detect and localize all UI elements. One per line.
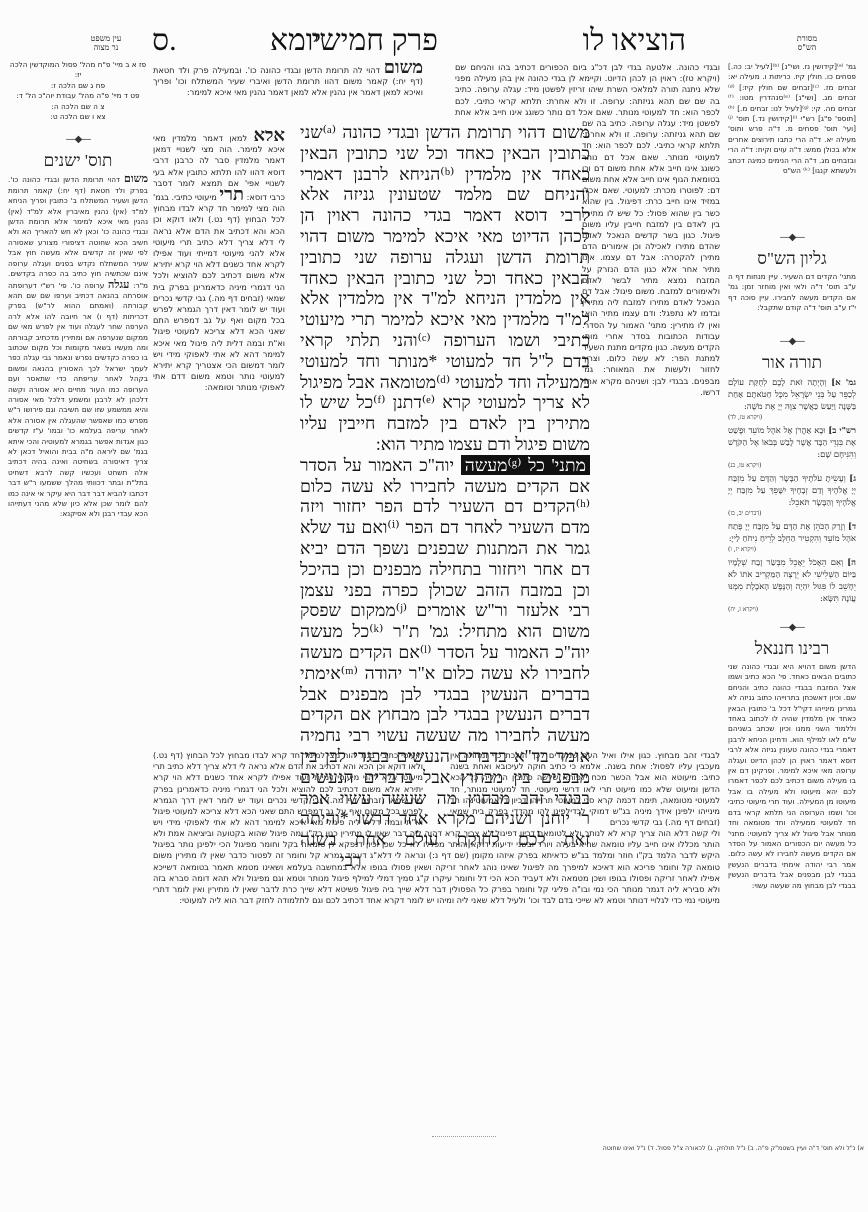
verse-ref: (דברים יב, כז)	[728, 508, 856, 520]
ein-mishpat-line1: עין משפט	[80, 34, 132, 43]
tosafot-yeshanim-text: משום דהוי תרומת הדשן ובגדי כהונה כו'. בפ…	[8, 174, 148, 1094]
ein-mishpat-entry: פח ג שם הלכה ז:	[8, 81, 148, 91]
torah-or-title: תורה אור	[728, 352, 856, 374]
gilyon-hashas-text: מתני' הקדים דם השעיר. עיין מנחות דף ה ע"…	[728, 272, 856, 336]
gemara-line: ⁽ʰ⁾הקדים דם השעיר לדם הפר יחזור ויזה	[300, 496, 590, 517]
divider-ornament-icon: —◆—	[728, 336, 856, 348]
footnotes: א) נ"ל ולא תוס' ד"ה ועיין בשטמ"ק פ"ה. ב)…	[280, 1144, 864, 1156]
verse-text: וְעָשִׂיתָ עֹלֹתֶיךָ הַבָּשָׂר וְהַדָּם …	[728, 473, 856, 507]
rabbeinu-chananel-title: רבינו חננאל	[728, 638, 856, 660]
mishnah-start-line: מתני' כל ⁽ᵍ⁾מעשה יוה"כ האמור על הסדר	[300, 455, 590, 476]
verse-ref: (ויקרא טז, לד)	[728, 412, 856, 424]
torah-or-entry: ג] וְעָשִׂיתָ עֹלֹתֶיךָ הַבָּשָׂר וְהַדָ…	[728, 472, 856, 520]
tosafot-text: מיעוטי כתיבי. בגמ' הוה מצי למימר חד קרא …	[153, 750, 423, 826]
tosafot-yeshanim-body: ערופה כו'. פי' רש"י דערופתה אוסרתה בהנאה…	[8, 281, 148, 519]
masoret-hashas-label: מסורת הש"ס	[782, 34, 832, 52]
gemara-line: לא צריך למעוטי קרא ⁽ᵉ⁾דתנן ⁽ᶠ⁾כל שיש לו	[300, 392, 590, 413]
torah-or-entry: רש"י ב] וּבָא אַהֲרֹן אֶל אֹהֶל מוֹעֵד ו…	[728, 424, 856, 472]
ein-mishpat-entry: פז א ב מיי' פ"ח מהל' פסול המוקדשין הלכה …	[8, 60, 148, 81]
gemara-line: משום דהוי תרומת הדשן ובגדי כהונה ⁽ᵃ⁾שני	[300, 122, 590, 143]
divider-ornament-icon: —◆—	[8, 134, 148, 146]
gemara-line: מעשה לחבירו מה שעשה עשוי רבי נחמיה	[300, 725, 590, 746]
ein-mishpat-label: עין משפט נר מצוה	[80, 34, 132, 52]
gemara-line: בדם ל"ל חד למעוטי *מנותר וחד למעוטי	[300, 351, 590, 372]
gemara-line: לרבי דוסא דאמר בגדי כהונה ראוין הן	[300, 205, 590, 226]
torah-or-list: גמ' א] וְהָיְתָה זֹּאת לָכֶם לְחֻקַּת עו…	[728, 376, 856, 616]
footer-divider	[432, 1136, 496, 1137]
tosafot-yeshanim-dibbur-hamatchil: משום	[124, 174, 148, 185]
gilyon-hashas-title: גליון הש"ס	[728, 248, 856, 270]
ein-mishpat-entry: צ ה שם הלכה ה:	[8, 102, 148, 112]
gemara-line: כתיבי ושמו הערופה ⁽ᶜ⁾והני תלתי קראי	[300, 330, 590, 351]
gemara-line: רבי אלעזר ור"ש אומרים ⁽ʲ⁾ממקום שפסק	[300, 600, 590, 621]
gemara-line: משום הוא מתחיל: גמ' ת"ר ⁽ᵏ⁾כל מעשה	[300, 621, 590, 642]
gemara-line: ממעילה וחד למעוטי ⁽ᵈ⁾מטומאה אבל מפיגול	[300, 372, 590, 393]
gemara-line: מדם השעיר לאחר דם הפר ⁽ⁱ⁾ואם עד שלא	[300, 517, 590, 538]
verse-text: וְאִם הֵאָכֹל יֵאָכֵל מִבְּשַׂר זֶבַח שְ…	[728, 557, 856, 603]
rashi-commentary-top: ובגדי כהונה. אלטעה בגדי לבן דכ"ג ביום הכ…	[455, 62, 720, 118]
gemara-line: כאחד אין מלמדין ⁽ᵇ⁾הניחא לרבנן דאמרי	[300, 164, 590, 185]
gemara-line: אם הקדים מעשה לחבירו לא עשה כלום	[300, 476, 590, 497]
masoret-hashas-text: גמ' ⁽ᵃ⁾[קידושין נז. ושי"נ] ⁽ᵇ⁾[לעיל יב: …	[728, 62, 856, 232]
tractate-name: יומא	[270, 24, 321, 58]
divider-ornament-icon: —◆—	[728, 232, 856, 244]
entry-label: גמ' א]	[831, 377, 856, 387]
tosafot-yeshanim-title: תוס' ישנים	[8, 150, 148, 172]
gemara-line: משום פיגול ודם עצמו מתיר הוא:	[300, 434, 590, 455]
tosafot-text: מיעוטי כתיבי. בגמ' הוה מצי למימר חד קרא …	[153, 192, 285, 392]
entry-label: ד]	[848, 521, 856, 531]
torah-or-entry: ה] וְאִם הֵאָכֹל יֵאָכֵל מִבְּשַׂר זֶבַח…	[728, 556, 856, 616]
chapter-title: הוציאו לו	[583, 24, 686, 58]
tosafot-yeshanim-body: דהוי תרומת הדשן ובגדי כהונה כו'. בפרק ול…	[8, 175, 148, 289]
rabbeinu-chananel-text: הדשן משום דהויא היא ובגדי כהונה שני כתוב…	[728, 662, 856, 1042]
torah-or-entry: ד] וְזָרַק הַכֹּהֵן אֶת הַדָּם עַל מִזְב…	[728, 520, 856, 556]
rashi-commentary: ובגדי כהונה. אלטעה בגדי לבן דכ"ג ביום הכ…	[582, 62, 720, 738]
gemara-line: וכן במזבח הזהב שכולן כפרה בפני עצמן	[300, 580, 590, 601]
tosafot-commentary-bottom: ולי קשה דלא הוה צריך קרא לא לנותר ולא לט…	[153, 828, 720, 1120]
gemara-line: לחבירו לא עשה כלום א"ר יהודה ⁽ᵐ⁾אימתי	[300, 663, 590, 684]
gemara-line: יוה"כ האמור על הסדר ⁽ˡ⁾אם הקדים מעשה	[300, 642, 590, 663]
gemara-line: תרומת הדשן ועגלה ערופה שני כתובין	[300, 247, 590, 268]
ein-mishpat-entry: צא ו שם הלכה ט:	[8, 112, 148, 122]
entry-label: רש"י ב]	[828, 425, 856, 435]
gemara-main-text: משום דהוי תרומת הדשן ובגדי כהונה ⁽ᵃ⁾שני …	[300, 122, 590, 752]
gemara-line: למ"ד מלמדין מאי איכא למימר תרי מיעוטי	[300, 309, 590, 330]
verse-ref: (ויקרא יז, ו)	[728, 544, 856, 556]
tosafot-commentary: אלא למאן דאמר מלמדין מאי איכא למימר. הוה…	[153, 130, 285, 740]
entry-label: ג]	[849, 473, 856, 483]
masoret-label-line2: הש"ס	[782, 43, 832, 52]
left-margin-column: פז א ב מיי' פ"ח מהל' פסול המוקדשין הלכה …	[8, 60, 148, 1120]
gemara-line: מתירין בין לאדם בין למזבח חייבין עליו	[300, 413, 590, 434]
rashi-text: לבגדי זהב מבחוץ. כגון אילו ואיל העם שמקד…	[450, 750, 720, 826]
tosafot-dibbur-hamatchil: משום	[384, 62, 423, 77]
divider-ornament-icon: —◆—	[728, 622, 856, 634]
ein-mishpat-entry: פט ד מיי' פ"ה מהל' עבודת יוה"כ הל' ד:	[8, 91, 148, 101]
ein-mishpat-line2: נר מצוה	[80, 43, 132, 52]
tosafot-text: ולי קשה דלא הוה צריך קרא לא לנותר ולא לט…	[153, 828, 720, 905]
right-margin-column: גמ' ⁽ᵃ⁾[קידושין נז. ושי"נ] ⁽ᵇ⁾[לעיל יב: …	[728, 62, 856, 1112]
gemara-line: והניחם שם מלמד שטעונין גניזה אלא	[300, 184, 590, 205]
rashi-text-top: ובגדי כהונה. אלטעה בגדי לבן דכ"ג ביום הכ…	[455, 62, 720, 118]
gemara-line: גמר את המתנות שבפנים נשפך הדם יביא	[300, 538, 590, 559]
gemara-line: דם אחר ויחזור בתחילה מבפנים וכן בהיכל	[300, 559, 590, 580]
gemara-line: דברים הנעשין בבגדי לבן מבחוץ אם הקדים	[300, 704, 590, 725]
rashi-commentary-bottom: לבגדי זהב מבחוץ. כגון אילו ואיל העם שמקד…	[450, 750, 720, 826]
mishnah-marker-highlight: מתני' כל ⁽ᵍ⁾מעשה	[461, 455, 590, 475]
gemara-line: אין מלמדין הניחא למ"ד אין מלמדין אלא	[300, 288, 590, 309]
ein-mishpat-list: פז א ב מיי' פ"ח מהל' פסול המוקדשין הלכה …	[8, 60, 148, 122]
torah-or-entry: גמ' א] וְהָיְתָה זֹּאת לָכֶם לְחֻקַּת עו…	[728, 376, 856, 424]
verse-ref: (ויקרא ז, יח)	[728, 604, 856, 616]
verse-ref: (ויקרא טז, כג)	[728, 460, 856, 472]
tosafot-dibbur-hamatchil: תרי	[219, 184, 244, 204]
gemara-line: כתובין הבאין כאחד וכל שני כתובין הבאין	[300, 143, 590, 164]
verse-text: וְזָרַק הַכֹּהֵן אֶת הַדָּם עַל מִזְבַּח…	[728, 521, 856, 543]
folio-number: ס.	[152, 24, 177, 58]
masoret-label-line1: מסורת	[782, 34, 832, 43]
tosafot-yeshanim-dibbur-hamatchil: עגלה	[108, 279, 129, 291]
gemara-line: לכהן הדיוט מאי איכא למימר משום דהוי	[300, 226, 590, 247]
entry-label: ה]	[847, 557, 856, 567]
gemara-line: הבאין כאחד וכל שני כתובין הבאין כאחד	[300, 268, 590, 289]
tosafot-commentary-mid: מיעוטי כתיבי. בגמ' הוה מצי למימר חד קרא …	[153, 750, 423, 826]
tosafot-dibbur-hamatchil: אלא	[253, 130, 285, 145]
gemara-text: יוה"כ האמור על הסדר	[300, 455, 454, 475]
gemara-line: בדברים הנעשין בבגדי לבן מבפנים אבל	[300, 684, 590, 705]
tosafot-text: דהוי לה תרומת הדשן ובגדי כהונה כו'. ובמע…	[153, 65, 423, 97]
tosafot-commentary-top: משום דהוי לה תרומת הדשן ובגדי כהונה כו'.…	[153, 62, 423, 128]
